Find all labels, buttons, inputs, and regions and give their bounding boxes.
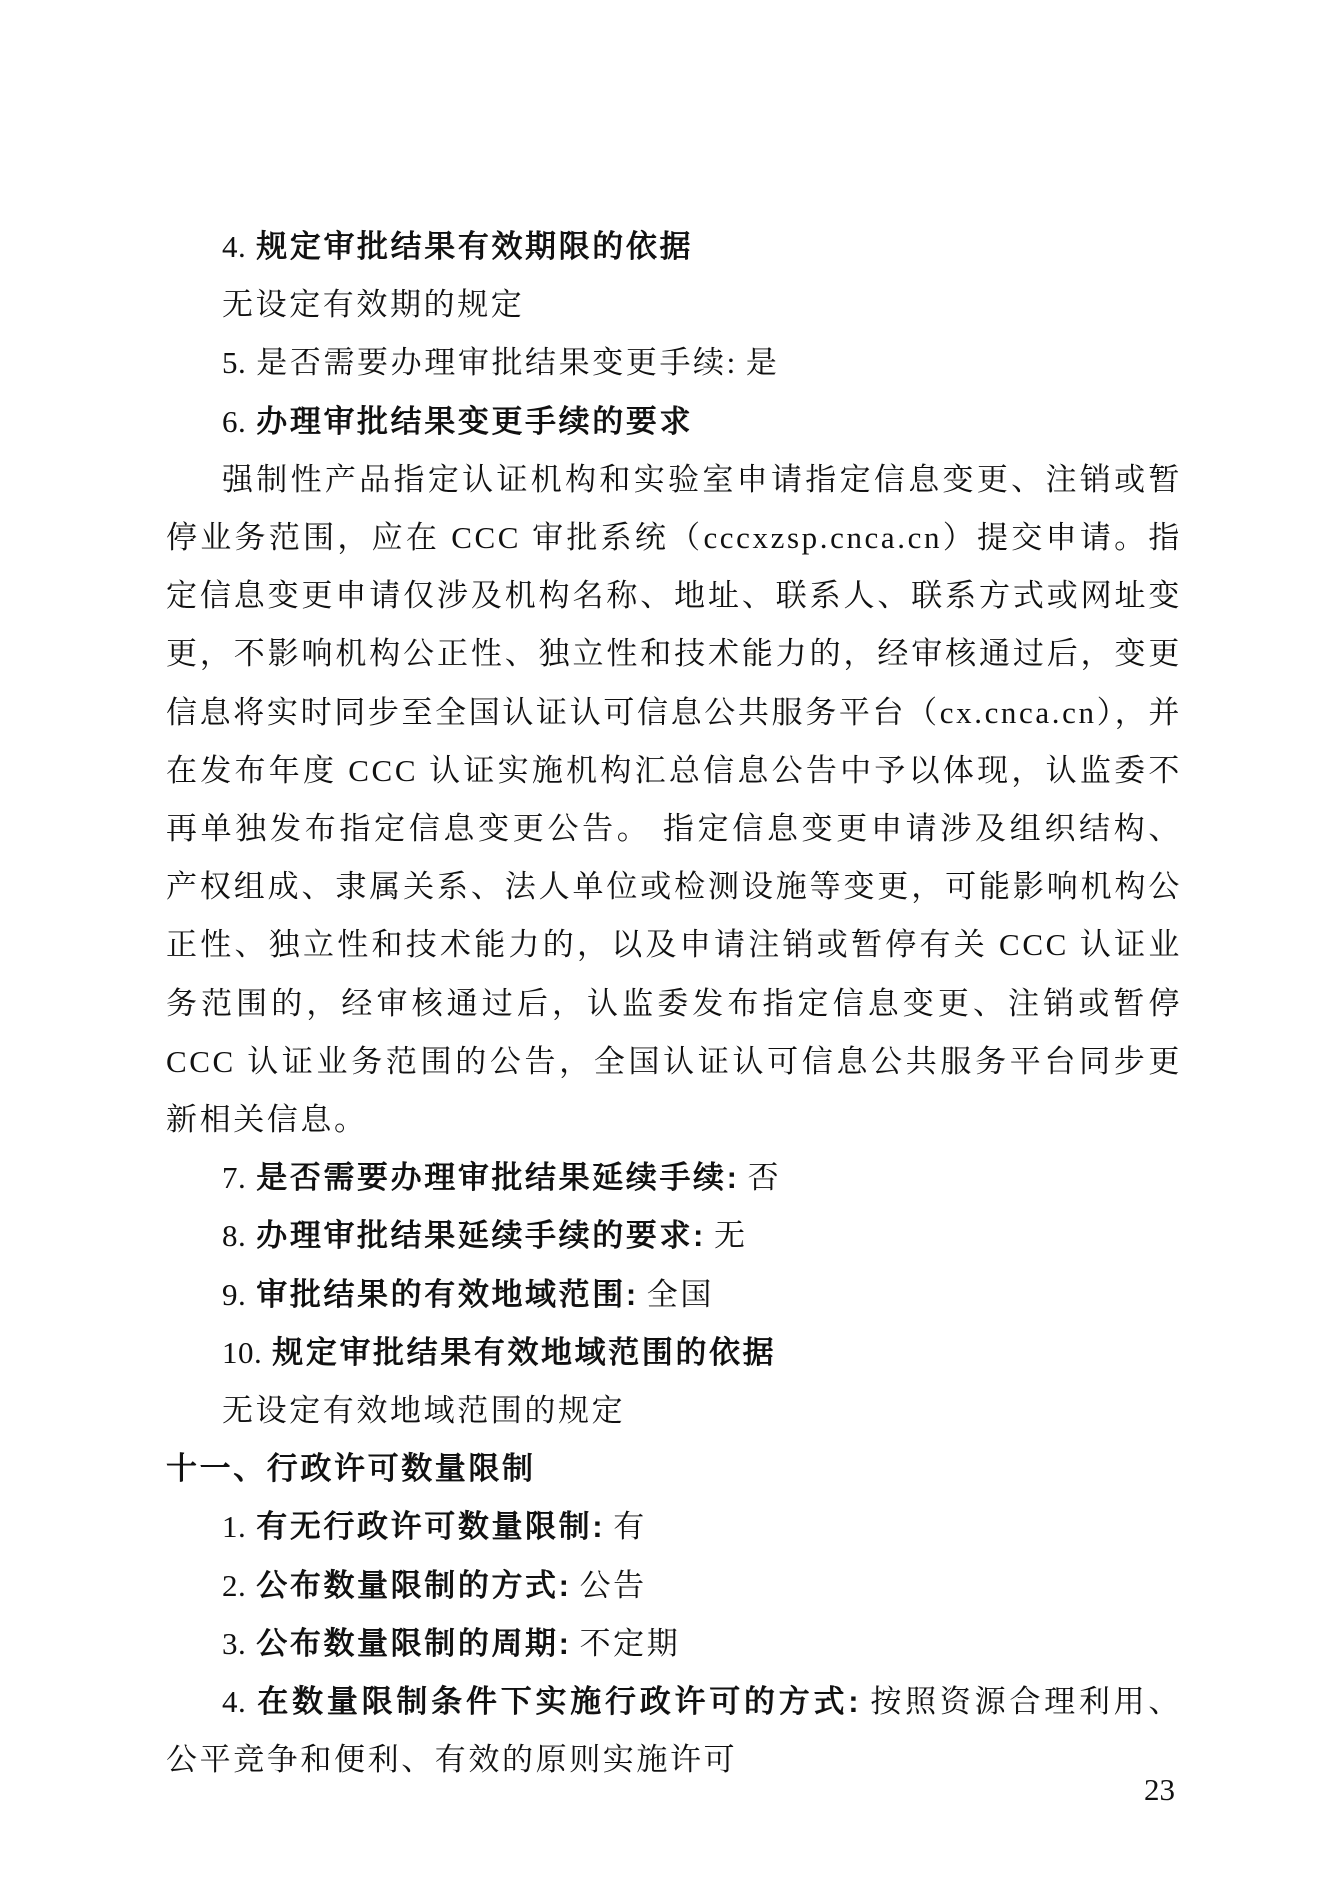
item-renewal-requirements: 8.办理审批结果延续手续的要求:无: [166, 1207, 1182, 1265]
note-no-validity-period: 无设定有效期的规定: [166, 276, 1182, 334]
item-has-quantity-limit-value: 有: [613, 1509, 647, 1544]
item-limit-publish-cycle: 3.公布数量限制的周期:不定期: [166, 1615, 1182, 1673]
item-renewal-required-value: 否: [748, 1160, 782, 1195]
item-limit-publish-method-label: 公布数量限制的方式:: [256, 1568, 571, 1603]
item-number: 2.: [222, 1568, 246, 1603]
item-number: 8.: [222, 1218, 246, 1253]
document-body: 4.规定审批结果有效期限的依据 无设定有效期的规定 5.是否需要办理审批结果变更…: [166, 218, 1182, 1789]
item-valid-region-value: 全国: [647, 1277, 714, 1312]
item-change-procedure-required-value: 是: [746, 345, 780, 380]
item-number: 10.: [222, 1335, 262, 1370]
item-number: 6.: [222, 404, 246, 439]
item-change-procedure-required-label: 是否需要办理审批结果变更手续:: [256, 345, 738, 380]
item-renewal-required-label: 是否需要办理审批结果延续手续:: [256, 1160, 739, 1195]
document-page: 4.规定审批结果有效期限的依据 无设定有效期的规定 5.是否需要办理审批结果变更…: [0, 0, 1339, 1890]
item-renewal-requirements-label: 办理审批结果延续手续的要求:: [256, 1218, 706, 1253]
item-number: 1.: [222, 1509, 246, 1544]
item-limit-publish-method-value: 公告: [580, 1568, 647, 1603]
item-licensing-method-under-limit-label: 在数量限制条件下实施行政许可的方式:: [256, 1684, 861, 1719]
subheading-validity-basis: 4.规定审批结果有效期限的依据: [166, 218, 1182, 276]
subheading-validity-basis-label: 规定审批结果有效期限的依据: [256, 229, 693, 264]
item-has-quantity-limit-label: 有无行政许可数量限制:: [256, 1509, 605, 1544]
item-renewal-requirements-value: 无: [714, 1218, 748, 1253]
subheading-region-basis: 10.规定审批结果有效地域范围的依据: [166, 1324, 1182, 1382]
item-licensing-method-under-limit: 4.在数量限制条件下实施行政许可的方式:按照资源合理利用、公平竞争和便利、有效的…: [166, 1673, 1182, 1789]
subheading-change-procedure-requirements: 6.办理审批结果变更手续的要求: [166, 393, 1182, 451]
paragraph-change-procedure-details: 强制性产品指定认证机构和实验室申请指定信息变更、注销或暂停业务范围，应在 CCC…: [166, 451, 1182, 1149]
item-has-quantity-limit: 1.有无行政许可数量限制:有: [166, 1498, 1182, 1556]
item-number: 9.: [222, 1277, 246, 1312]
item-renewal-required: 7.是否需要办理审批结果延续手续:否: [166, 1149, 1182, 1207]
page-number: 23: [1144, 1768, 1175, 1812]
item-number: 7.: [222, 1160, 246, 1195]
item-number: 4.: [222, 1684, 246, 1719]
item-number: 4.: [222, 229, 246, 264]
item-valid-region: 9.审批结果的有效地域范围:全国: [166, 1266, 1182, 1324]
subheading-change-procedure-requirements-label: 办理审批结果变更手续的要求: [256, 404, 693, 439]
item-change-procedure-required: 5.是否需要办理审批结果变更手续:是: [166, 334, 1182, 392]
item-limit-publish-method: 2.公布数量限制的方式:公告: [166, 1557, 1182, 1615]
item-valid-region-label: 审批结果的有效地域范围:: [256, 1277, 639, 1312]
subheading-region-basis-label: 规定审批结果有效地域范围的依据: [272, 1335, 776, 1370]
item-limit-publish-cycle-value: 不定期: [580, 1626, 681, 1661]
item-number: 3.: [222, 1626, 246, 1661]
note-no-region-limit: 无设定有效地域范围的规定: [166, 1382, 1182, 1440]
item-limit-publish-cycle-label: 公布数量限制的周期:: [256, 1626, 571, 1661]
item-number: 5.: [222, 345, 246, 380]
section-heading-quantity-limit: 十一、行政许可数量限制: [166, 1440, 1182, 1498]
